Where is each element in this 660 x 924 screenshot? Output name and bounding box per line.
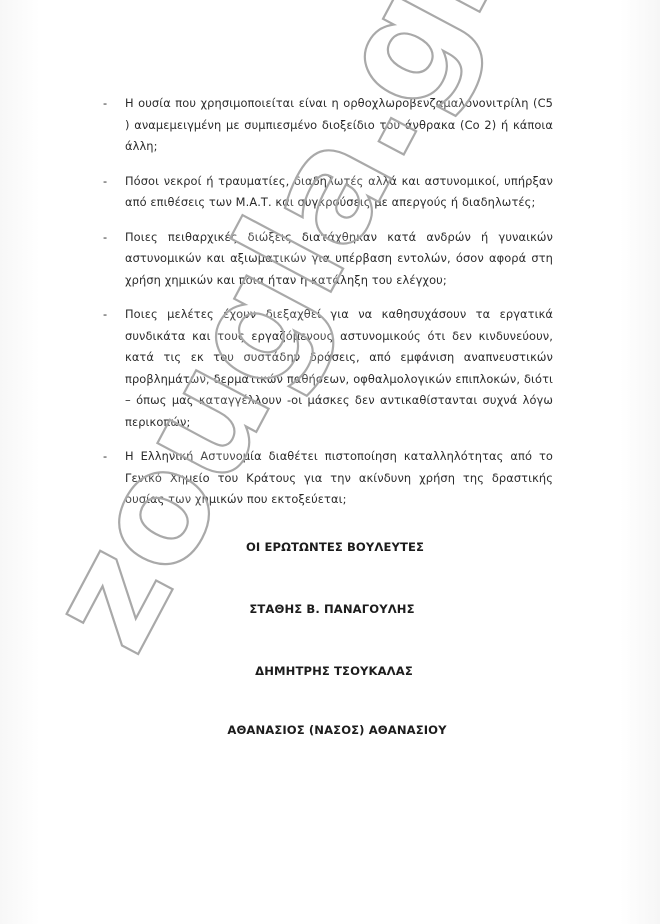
signatory-name: ΣΤΑΘΗΣ Β. ΠΑΝΑΓΟΥΛΗΣ	[2, 602, 660, 616]
question-item: - Πόσοι νεκροί ή τραυματίες, διαδηλωτές …	[103, 171, 553, 214]
bullet-dash: -	[103, 93, 115, 115]
question-text: Η Ελληνική Αστυνομία διαθέτει πιστοποίησ…	[125, 449, 553, 506]
question-item: - Ποιες πειθαρχικές διώξεις διατάχθηκαν …	[103, 227, 553, 292]
questions-list: - Η ουσία που χρησιμοποιείται είναι η ορ…	[103, 93, 553, 524]
signatory-name: ΑΘΑΝΑΣΙΟΣ (ΝΑΣΟΣ) ΑΘΑΝΑΣΙΟΥ	[7, 723, 660, 737]
signatories-heading: ΟΙ ΕΡΩΤΩΝΤΕΣ ΒΟΥΛΕΥΤΕΣ	[5, 540, 660, 554]
document-page: - Η ουσία που χρησιμοποιείται είναι η ορ…	[0, 0, 660, 924]
bullet-dash: -	[103, 304, 115, 326]
bullet-dash: -	[103, 171, 115, 193]
question-text: Ποιες μελέτες έχουν διεξαχθεί για να καθ…	[125, 307, 553, 429]
question-item: - Η ουσία που χρησιμοποιείται είναι η ορ…	[103, 93, 553, 158]
question-item: - Η Ελληνική Αστυνομία διαθέτει πιστοποί…	[103, 446, 553, 511]
question-text: Η ουσία που χρησιμοποιείται είναι η ορθο…	[125, 96, 553, 153]
question-item: - Ποιες μελέτες έχουν διεξαχθεί για να κ…	[103, 304, 553, 433]
bullet-dash: -	[103, 227, 115, 249]
bullet-dash: -	[103, 446, 115, 468]
signatory-name: ΔΗΜΗΤΡΗΣ ΤΣΟΥΚΑΛΑΣ	[4, 664, 660, 678]
question-text: Ποιες πειθαρχικές διώξεις διατάχθηκαν κα…	[125, 230, 553, 287]
question-text: Πόσοι νεκροί ή τραυματίες, διαδηλωτές αλ…	[125, 174, 553, 210]
